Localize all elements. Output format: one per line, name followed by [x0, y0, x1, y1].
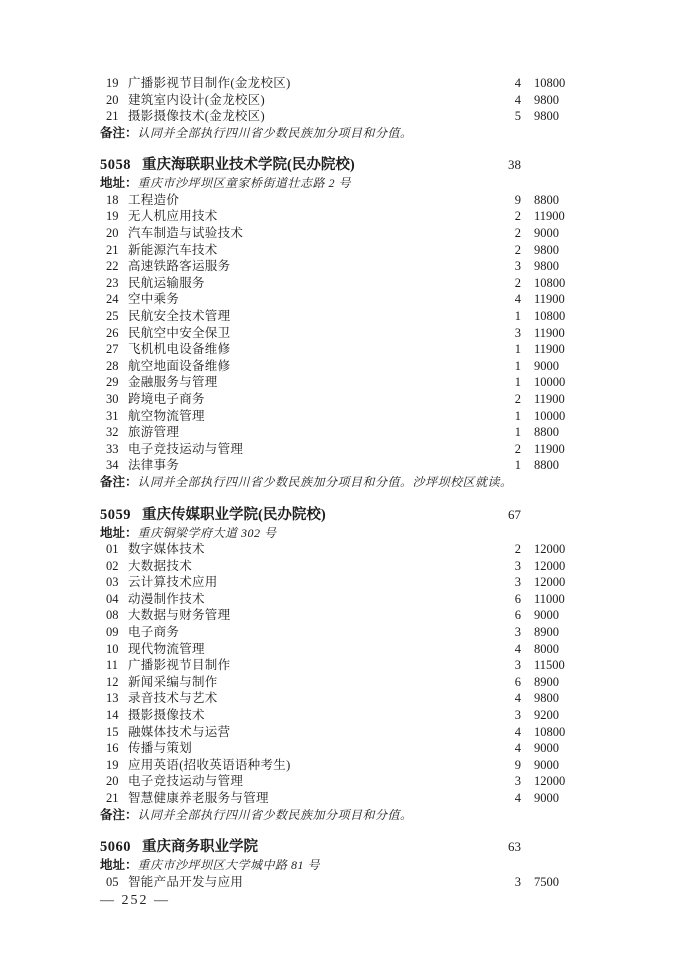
college-plan-count: 63 [491, 838, 521, 856]
major-plan-count: 3 [491, 773, 521, 790]
major-number: 29 [106, 374, 128, 391]
note-text: 认同并全部执行四川省少数民族加分项目和分值。沙坪坝校区就读。 [138, 475, 513, 489]
major-number: 27 [106, 341, 128, 358]
address-text: 重庆铜梁学府大道 302 号 [138, 526, 277, 540]
major-row: 25民航安全技术管理110800 [100, 308, 580, 325]
major-number: 05 [106, 874, 128, 891]
major-row: 32旅游管理18800 [100, 424, 580, 441]
college-plan-count: 67 [491, 506, 521, 524]
major-plan-count: 4 [491, 75, 521, 92]
major-row: 21新能源汽车技术29800 [100, 242, 580, 259]
major-tuition-fee: 10800 [534, 724, 580, 741]
major-name: 广播影视节目制作(金龙校区) [128, 75, 491, 92]
major-number: 15 [106, 724, 128, 741]
note-text: 认同并全部执行四川省少数民族加分项目和分值。 [138, 808, 413, 822]
major-name: 智慧健康养老服务与管理 [128, 790, 491, 807]
major-row: 26民航空中安全保卫311900 [100, 325, 580, 342]
college-name: 重庆传媒职业学院(民办院校) [142, 506, 491, 524]
major-name: 智能产品开发与应用 [128, 874, 491, 891]
major-name: 建筑室内设计(金龙校区) [128, 92, 491, 109]
major-plan-count: 3 [491, 707, 521, 724]
major-number: 30 [106, 391, 128, 408]
major-tuition-fee: 8800 [534, 457, 580, 474]
major-name: 金融服务与管理 [128, 374, 491, 391]
major-tuition-fee: 9800 [534, 108, 580, 125]
major-number: 16 [106, 740, 128, 757]
major-tuition-fee: 9000 [534, 358, 580, 375]
major-number: 21 [106, 108, 128, 125]
major-name: 融媒体技术与运营 [128, 724, 491, 741]
major-row: 22高速铁路客运服务39800 [100, 258, 580, 275]
major-number: 26 [106, 325, 128, 342]
major-tuition-fee: 11500 [534, 657, 580, 674]
college-address: 地址：重庆市沙坪坝区大学城中路 81 号 [100, 857, 580, 874]
major-name: 电子竞技运动与管理 [128, 441, 491, 458]
major-number: 28 [106, 358, 128, 375]
major-plan-count: 1 [491, 457, 521, 474]
major-name: 跨境电子商务 [128, 391, 491, 408]
major-plan-count: 9 [491, 192, 521, 209]
college-name: 重庆商务职业学院 [142, 838, 491, 856]
major-plan-count: 1 [491, 424, 521, 441]
major-row: 29金融服务与管理110000 [100, 374, 580, 391]
major-row: 24空中乘务411900 [100, 291, 580, 308]
major-tuition-fee: 10800 [534, 308, 580, 325]
note-label: 备注： [100, 475, 138, 489]
major-name: 空中乘务 [128, 291, 491, 308]
major-tuition-fee: 10800 [534, 275, 580, 292]
major-row: 12新闻采编与制作68900 [100, 674, 580, 691]
college-code: 5058 [100, 156, 131, 174]
major-row: 14摄影摄像技术39200 [100, 707, 580, 724]
major-row: 19无人机应用技术211900 [100, 208, 580, 225]
major-row: 19应用英语(招收英语语种考生)99000 [100, 757, 580, 774]
major-number: 20 [106, 773, 128, 790]
major-number: 21 [106, 242, 128, 259]
major-tuition-fee: 10000 [534, 374, 580, 391]
major-row: 20建筑室内设计(金龙校区)49800 [100, 92, 580, 109]
major-plan-count: 2 [491, 541, 521, 558]
major-plan-count: 6 [491, 591, 521, 608]
major-row: 18工程造价98800 [100, 192, 580, 209]
major-tuition-fee: 11900 [534, 291, 580, 308]
major-number: 25 [106, 308, 128, 325]
major-row: 21摄影摄像技术(金龙校区)59800 [100, 108, 580, 125]
major-number: 33 [106, 441, 128, 458]
major-row: 10现代物流管理48000 [100, 641, 580, 658]
major-plan-count: 3 [491, 258, 521, 275]
major-plan-count: 2 [491, 208, 521, 225]
major-plan-count: 6 [491, 674, 521, 691]
note-label: 备注： [100, 126, 138, 140]
major-number: 13 [106, 690, 128, 707]
college-section: 5060重庆商务职业学院63地址：重庆市沙坪坝区大学城中路 81 号05智能产品… [100, 838, 580, 890]
major-row: 04动漫制作技术611000 [100, 591, 580, 608]
major-tuition-fee: 8000 [534, 641, 580, 658]
major-plan-count: 3 [491, 657, 521, 674]
major-row: 02大数据技术312000 [100, 558, 580, 575]
major-plan-count: 5 [491, 108, 521, 125]
major-number: 20 [106, 92, 128, 109]
major-tuition-fee: 10800 [534, 75, 580, 92]
major-number: 12 [106, 674, 128, 691]
major-number: 08 [106, 607, 128, 624]
major-plan-count: 1 [491, 408, 521, 425]
major-row: 27飞机机电设备维修111900 [100, 341, 580, 358]
major-name: 录音技术与艺术 [128, 690, 491, 707]
major-tuition-fee: 12000 [534, 574, 580, 591]
major-row: 03云计算技术应用312000 [100, 574, 580, 591]
major-plan-count: 1 [491, 358, 521, 375]
major-row: 30跨境电子商务211900 [100, 391, 580, 408]
major-tuition-fee: 12000 [534, 773, 580, 790]
major-plan-count: 2 [491, 275, 521, 292]
major-tuition-fee: 8900 [534, 674, 580, 691]
major-plan-count: 4 [491, 291, 521, 308]
major-row: 21智慧健康养老服务与管理49000 [100, 790, 580, 807]
major-plan-count: 4 [491, 92, 521, 109]
major-tuition-fee: 9000 [534, 757, 580, 774]
major-name: 数字媒体技术 [128, 541, 491, 558]
major-name: 飞机机电设备维修 [128, 341, 491, 358]
major-number: 19 [106, 208, 128, 225]
major-plan-count: 1 [491, 308, 521, 325]
major-name: 无人机应用技术 [128, 208, 491, 225]
major-name: 航空物流管理 [128, 408, 491, 425]
major-name: 应用英语(招收英语语种考生) [128, 757, 491, 774]
college-section: 5059重庆传媒职业学院(民办院校)67地址：重庆铜梁学府大道 302 号01数… [100, 506, 580, 824]
major-row: 09电子商务38900 [100, 624, 580, 641]
major-tuition-fee: 9800 [534, 242, 580, 259]
major-number: 10 [106, 641, 128, 658]
major-name: 汽车制造与试验技术 [128, 225, 491, 242]
major-plan-count: 1 [491, 341, 521, 358]
major-name: 民航运输服务 [128, 275, 491, 292]
major-number: 03 [106, 574, 128, 591]
major-tuition-fee: 7500 [534, 874, 580, 891]
major-row: 13录音技术与艺术49800 [100, 690, 580, 707]
major-name: 高速铁路客运服务 [128, 258, 491, 275]
major-row: 23民航运输服务210800 [100, 275, 580, 292]
major-plan-count: 3 [491, 325, 521, 342]
college-address: 地址：重庆铜梁学府大道 302 号 [100, 525, 580, 542]
major-tuition-fee: 11900 [534, 208, 580, 225]
major-row: 05智能产品开发与应用37500 [100, 874, 580, 891]
major-name: 民航安全技术管理 [128, 308, 491, 325]
major-name: 新闻采编与制作 [128, 674, 491, 691]
major-row: 08大数据与财务管理69000 [100, 607, 580, 624]
major-plan-count: 2 [491, 391, 521, 408]
college-plan-count: 38 [491, 156, 521, 174]
major-name: 云计算技术应用 [128, 574, 491, 591]
college-header: 5060重庆商务职业学院63 [100, 838, 580, 856]
major-plan-count: 3 [491, 874, 521, 891]
major-number: 24 [106, 291, 128, 308]
major-plan-count: 2 [491, 441, 521, 458]
major-plan-count: 4 [491, 790, 521, 807]
note-text: 认同并全部执行四川省少数民族加分项目和分值。 [138, 126, 413, 140]
major-number: 21 [106, 790, 128, 807]
major-number: 11 [106, 657, 128, 674]
major-plan-count: 3 [491, 558, 521, 575]
major-row: 20电子竞技运动与管理312000 [100, 773, 580, 790]
college-note: 备注：认同并全部执行四川省少数民族加分项目和分值。 [100, 807, 580, 824]
major-plan-count: 4 [491, 740, 521, 757]
major-plan-count: 1 [491, 374, 521, 391]
major-tuition-fee: 8800 [534, 424, 580, 441]
major-number: 19 [106, 757, 128, 774]
college-name: 重庆海联职业技术学院(民办院校) [142, 156, 491, 174]
college-address: 地址：重庆市沙坪坝区童家桥街道壮志路 2 号 [100, 175, 580, 192]
major-tuition-fee: 9000 [534, 225, 580, 242]
major-number: 34 [106, 457, 128, 474]
page-number: — 252 — [100, 893, 170, 909]
major-tuition-fee: 9200 [534, 707, 580, 724]
major-number: 02 [106, 558, 128, 575]
major-name: 民航空中安全保卫 [128, 325, 491, 342]
college-code: 5060 [100, 838, 131, 856]
college-note: 备注：认同并全部执行四川省少数民族加分项目和分值。 [100, 125, 580, 142]
major-number: 23 [106, 275, 128, 292]
major-name: 摄影摄像技术 [128, 707, 491, 724]
major-name: 现代物流管理 [128, 641, 491, 658]
major-number: 19 [106, 75, 128, 92]
major-number: 31 [106, 408, 128, 425]
major-plan-count: 9 [491, 757, 521, 774]
major-name: 旅游管理 [128, 424, 491, 441]
note-label: 备注： [100, 808, 138, 822]
major-plan-count: 3 [491, 574, 521, 591]
major-tuition-fee: 9800 [534, 690, 580, 707]
major-name: 广播影视节目制作 [128, 657, 491, 674]
major-tuition-fee: 9800 [534, 258, 580, 275]
major-number: 18 [106, 192, 128, 209]
major-tuition-fee: 11900 [534, 391, 580, 408]
address-label: 地址： [100, 526, 138, 540]
major-tuition-fee: 11000 [534, 591, 580, 608]
major-plan-count: 4 [491, 690, 521, 707]
major-plan-count: 2 [491, 225, 521, 242]
major-name: 摄影摄像技术(金龙校区) [128, 108, 491, 125]
major-name: 航空地面设备维修 [128, 358, 491, 375]
major-plan-count: 6 [491, 607, 521, 624]
college-section: 19广播影视节目制作(金龙校区)41080020建筑室内设计(金龙校区)4980… [100, 75, 580, 141]
major-tuition-fee: 9000 [534, 607, 580, 624]
major-number: 04 [106, 591, 128, 608]
major-plan-count: 4 [491, 641, 521, 658]
major-name: 法律事务 [128, 457, 491, 474]
major-name: 新能源汽车技术 [128, 242, 491, 259]
major-name: 大数据与财务管理 [128, 607, 491, 624]
major-name: 工程造价 [128, 192, 491, 209]
major-number: 01 [106, 541, 128, 558]
major-plan-count: 2 [491, 242, 521, 259]
sections-container: 19广播影视节目制作(金龙校区)41080020建筑室内设计(金龙校区)4980… [100, 75, 580, 890]
major-tuition-fee: 8900 [534, 624, 580, 641]
major-tuition-fee: 8800 [534, 192, 580, 209]
major-name: 电子商务 [128, 624, 491, 641]
major-tuition-fee: 11900 [534, 325, 580, 342]
college-header: 5059重庆传媒职业学院(民办院校)67 [100, 506, 580, 524]
major-plan-count: 4 [491, 724, 521, 741]
major-plan-count: 3 [491, 624, 521, 641]
college-header: 5058重庆海联职业技术学院(民办院校)38 [100, 156, 580, 174]
major-name: 动漫制作技术 [128, 591, 491, 608]
major-tuition-fee: 10000 [534, 408, 580, 425]
major-tuition-fee: 12000 [534, 558, 580, 575]
major-number: 20 [106, 225, 128, 242]
address-text: 重庆市沙坪坝区大学城中路 81 号 [138, 858, 321, 872]
address-text: 重庆市沙坪坝区童家桥街道壮志路 2 号 [138, 176, 352, 190]
major-name: 传播与策划 [128, 740, 491, 757]
address-label: 地址： [100, 176, 138, 190]
major-tuition-fee: 9000 [534, 790, 580, 807]
major-row: 28航空地面设备维修19000 [100, 358, 580, 375]
major-row: 19广播影视节目制作(金龙校区)410800 [100, 75, 580, 92]
major-number: 09 [106, 624, 128, 641]
major-row: 20汽车制造与试验技术29000 [100, 225, 580, 242]
major-row: 34法律事务18800 [100, 457, 580, 474]
college-code: 5059 [100, 506, 131, 524]
major-number: 22 [106, 258, 128, 275]
major-tuition-fee: 11900 [534, 341, 580, 358]
college-note: 备注：认同并全部执行四川省少数民族加分项目和分值。沙坪坝校区就读。 [100, 474, 580, 491]
major-row: 11广播影视节目制作311500 [100, 657, 580, 674]
college-section: 5058重庆海联职业技术学院(民办院校)38地址：重庆市沙坪坝区童家桥街道壮志路… [100, 156, 580, 490]
address-label: 地址： [100, 858, 138, 872]
major-row: 16传播与策划49000 [100, 740, 580, 757]
major-row: 31航空物流管理110000 [100, 408, 580, 425]
major-number: 14 [106, 707, 128, 724]
major-name: 电子竞技运动与管理 [128, 773, 491, 790]
major-tuition-fee: 12000 [534, 541, 580, 558]
major-row: 15融媒体技术与运营410800 [100, 724, 580, 741]
major-tuition-fee: 9000 [534, 740, 580, 757]
major-number: 32 [106, 424, 128, 441]
major-tuition-fee: 11900 [534, 441, 580, 458]
major-row: 33电子竞技运动与管理211900 [100, 441, 580, 458]
major-name: 大数据技术 [128, 558, 491, 575]
document-page: 19广播影视节目制作(金龙校区)41080020建筑室内设计(金龙校区)4980… [0, 0, 680, 961]
major-tuition-fee: 9800 [534, 92, 580, 109]
major-row: 01数字媒体技术212000 [100, 541, 580, 558]
